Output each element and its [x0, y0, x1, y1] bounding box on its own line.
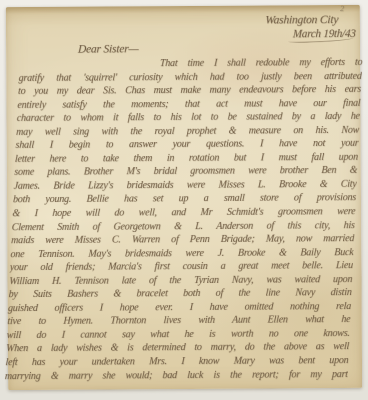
- letter-body: That time I shall redouble my efforts to…: [5, 56, 363, 383]
- letter-line: marrying & marry she would; bad luck is …: [5, 368, 349, 384]
- letter-content: Washington City March 19th/43 Dear Siste…: [4, 9, 364, 388]
- letter-heading: Washington City March 19th/43: [21, 13, 365, 29]
- scanned-letter-image: 2 Washington City March 19th/43 Dear Sis…: [0, 0, 368, 400]
- date-line: March 19th/43: [293, 27, 364, 41]
- letter-page: 2 Washington City March 19th/43 Dear Sis…: [6, 5, 362, 390]
- letter-line: That time I shall redouble my efforts to: [160, 56, 363, 71]
- salutation: Dear Sister—: [78, 41, 364, 57]
